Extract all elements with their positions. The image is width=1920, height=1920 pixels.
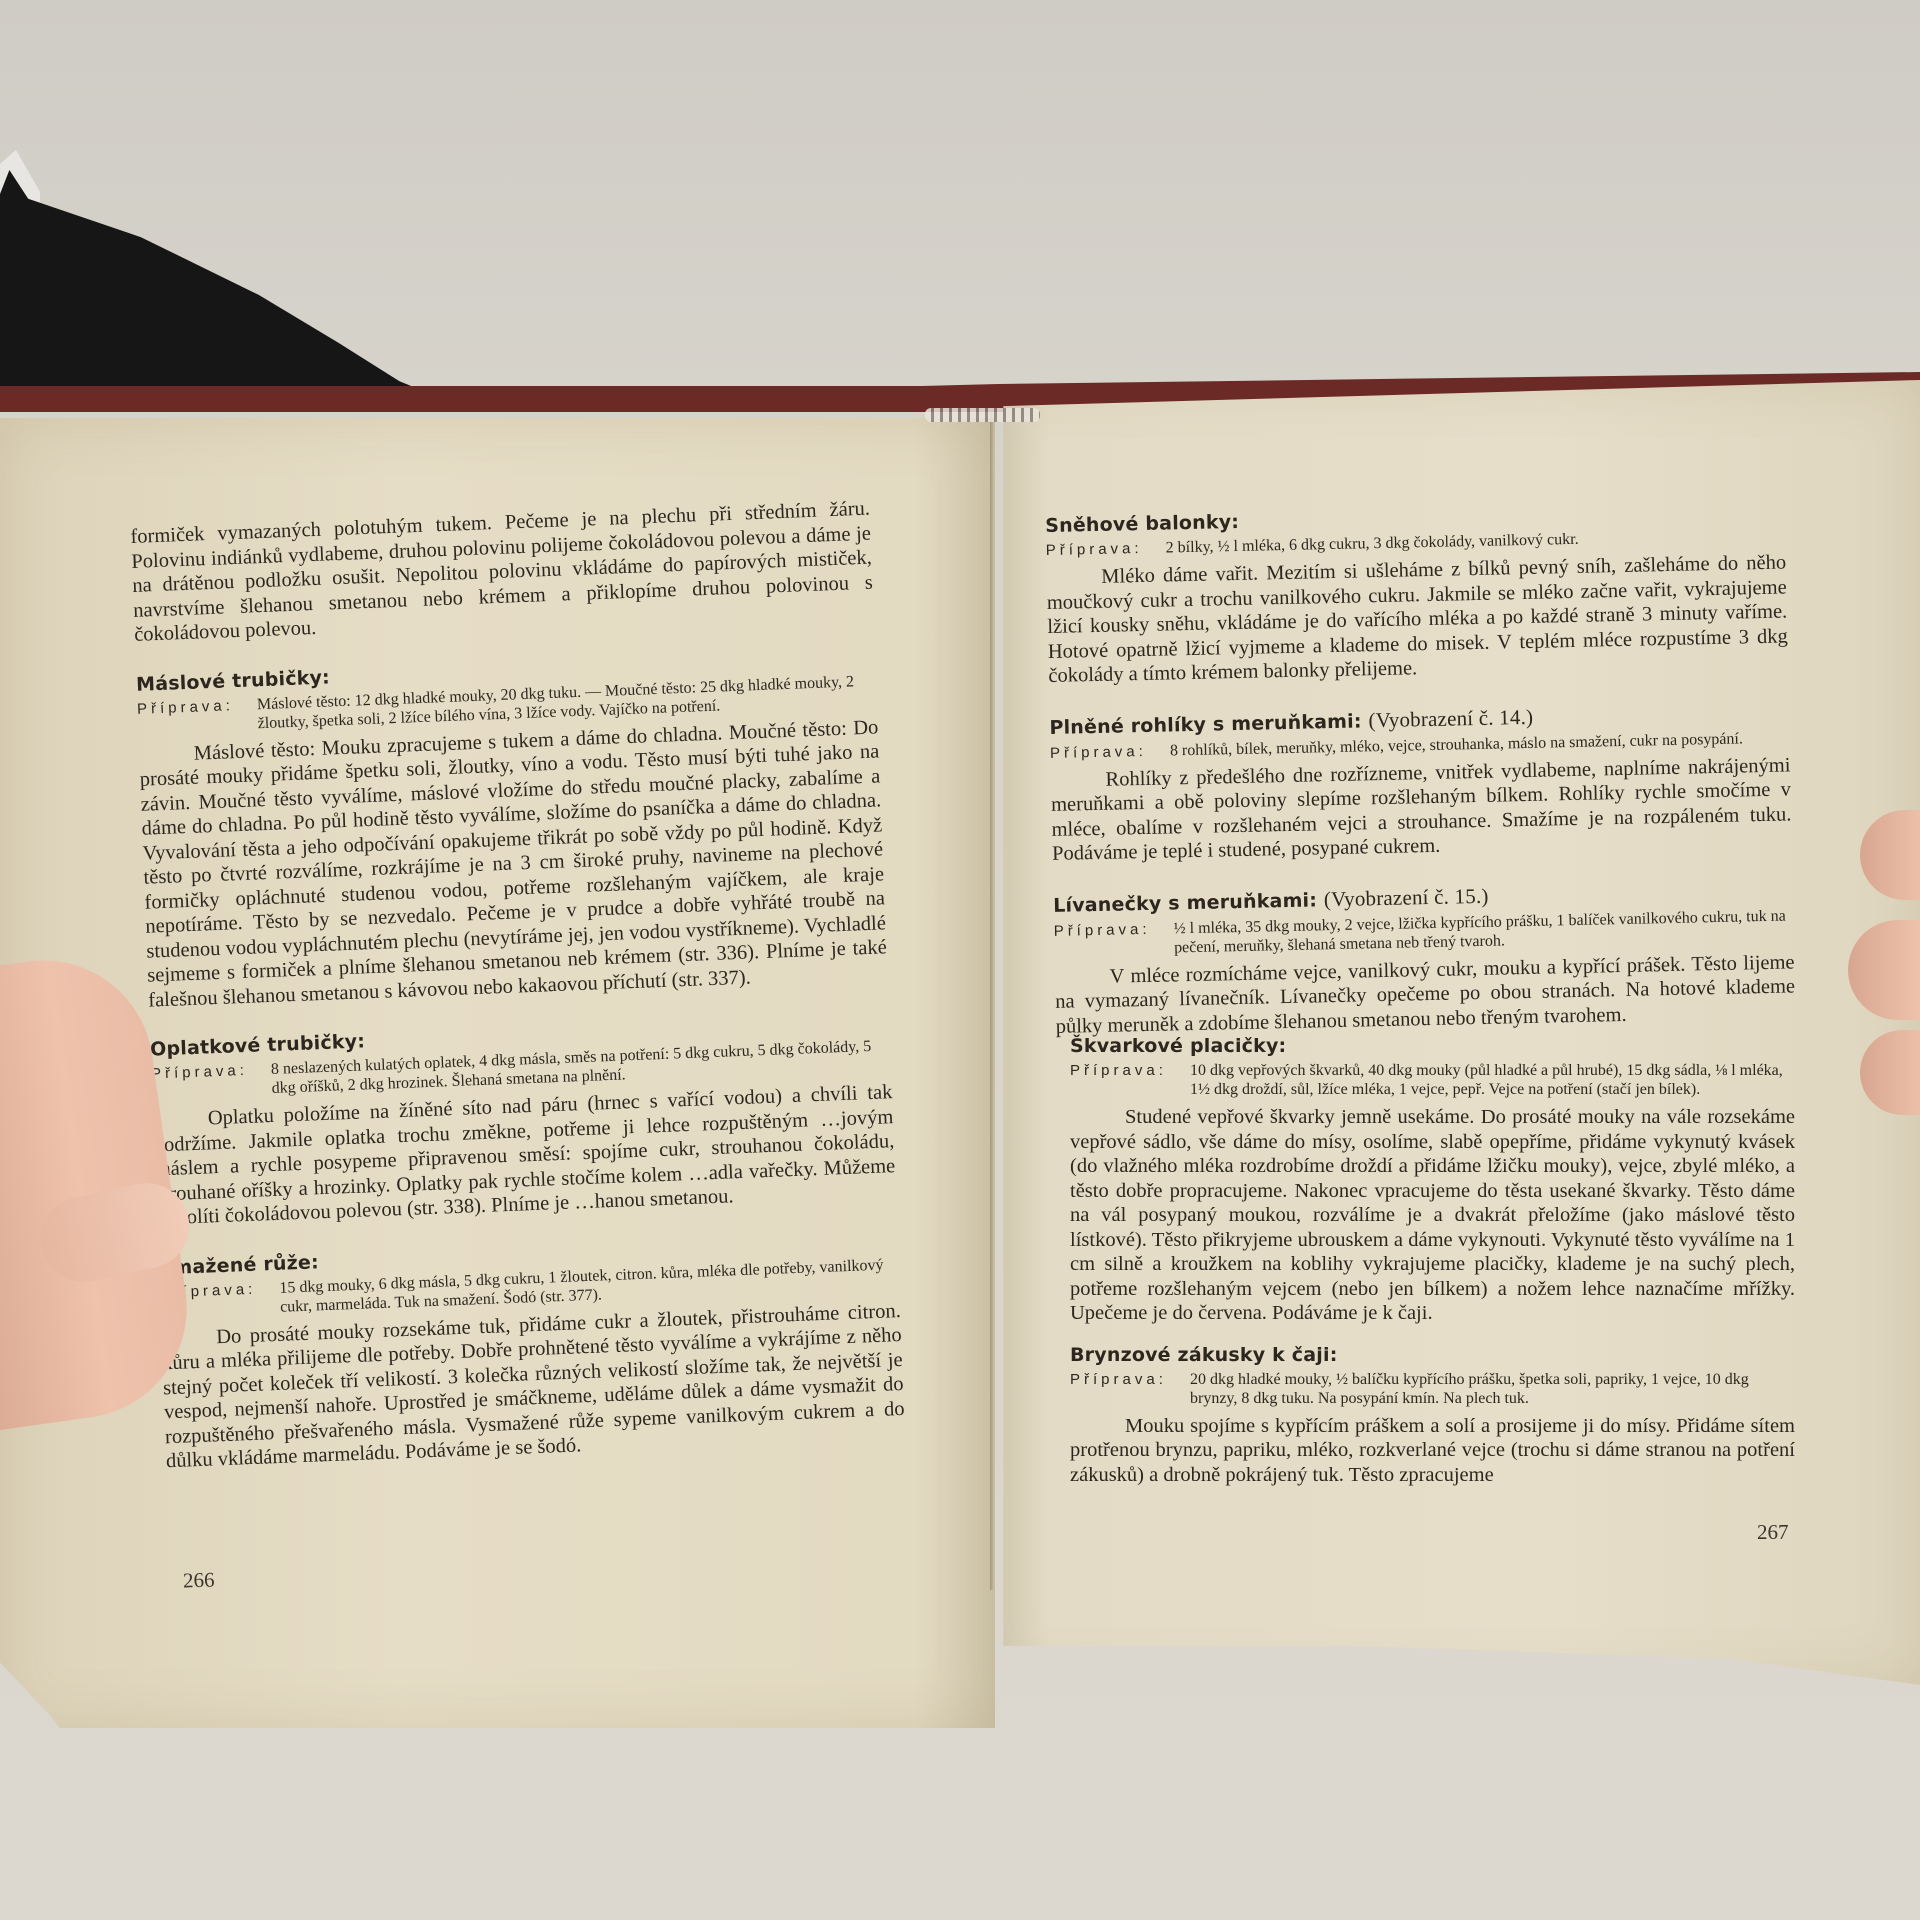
recipe-livanecky: Lívanečky s meruňkami: (Vyobrazení č. 15… — [1053, 877, 1796, 1039]
recipe-oplatkove-trubicky: Oplatkové trubičky: Příprava: 8 neslazen… — [150, 1010, 897, 1231]
figure-reference: (Vyobrazení č. 14.) — [1368, 704, 1533, 731]
prep-label: Příprava: — [1050, 741, 1170, 763]
recipe-brynzove-zakusky: Brynzové zákusky k čaji: Příprava: 20 dk… — [1070, 1344, 1795, 1488]
prep-text: 10 dkg vepřových škvarků, 40 dkg mouky (… — [1190, 1061, 1795, 1099]
figure-reference: (Vyobrazení č. 15.) — [1324, 883, 1489, 910]
prep-label: Příprava: — [137, 695, 258, 738]
prep-label: Příprava: — [1054, 919, 1175, 960]
right-page-text-lower: Škvarkové placičky: Příprava: 10 dkg vep… — [1070, 1035, 1795, 1487]
recipe-title: Lívanečky s meruňkami: — [1053, 889, 1317, 917]
left-page-text: formiček vymazaných polotuhým tukem. Peč… — [130, 497, 906, 1474]
spine-binding-thread — [925, 408, 1040, 422]
prep-label: Příprava: — [1070, 1370, 1190, 1408]
recipe-title: Brynzové zákusky k čaji: — [1070, 1344, 1795, 1366]
recipe-smazene-ruze: Smažené růže: Příprava: 15 dkg mouky, 6 … — [158, 1229, 906, 1474]
recipe-body: Oplatku položíme na žíněné síto nad páru… — [152, 1080, 896, 1231]
recipe-title: Plněné rohlíky s meruňkami: — [1049, 710, 1362, 739]
prep-text: ½ l mléka, 35 dkg mouky, 2 vejce, lžička… — [1173, 906, 1794, 957]
prep-label: Příprava: — [1046, 538, 1166, 560]
recipe-snehove-balonky: Sněhové balonky: Příprava: 2 bílky, ½ l … — [1045, 500, 1788, 689]
recipe-title: Škvarkové placičky: — [1070, 1035, 1795, 1057]
right-page-text-upper: Sněhové balonky: Příprava: 2 bílky, ½ l … — [1045, 500, 1796, 1039]
recipe-body: Máslové těsto: Mouku zpracujeme s tukem … — [138, 715, 888, 1013]
page-number-right: 267 — [1757, 1520, 1789, 1545]
recipe-body: Do prosáté mouky rozsekáme tuk, přidáme … — [161, 1299, 906, 1474]
prep-label: Příprava: — [1070, 1061, 1190, 1099]
prep-label: Příprava: — [151, 1060, 272, 1103]
recipe-body: V mléce rozmícháme vejce, vanilkový cukr… — [1054, 950, 1795, 1039]
recipe-ingredients: Příprava: 20 dkg hladké mouky, ½ balíčku… — [1070, 1370, 1795, 1408]
prep-text: 20 dkg hladké mouky, ½ balíčku kypřícího… — [1190, 1370, 1795, 1408]
recipe-maslove-trubicky: Máslové trubičky: Příprava: Máslové těst… — [136, 645, 888, 1013]
recipe-body: Rohlíky z předešlého dne rozřízneme, vni… — [1050, 753, 1792, 866]
recipe-skvarkove-placicky: Škvarkové placičky: Příprava: 10 dkg vep… — [1070, 1035, 1795, 1326]
recipe-body: Mouku spojíme s kypřícím práškem a solí … — [1070, 1414, 1795, 1488]
recipe-ingredients: Příprava: 10 dkg vepřových škvarků, 40 d… — [1070, 1061, 1795, 1099]
page-number-left: 266 — [183, 1567, 215, 1593]
recipe-body: Studené vepřové škvarky jemně usekáme. D… — [1070, 1105, 1795, 1326]
recipe-plnene-rohliky: Plněné rohlíky s meruňkami: (Vyobrazení … — [1049, 699, 1792, 866]
book-gutter — [990, 410, 994, 1590]
recipe-body: Mléko dáme vařit. Mezitím si ušleháme z … — [1046, 550, 1788, 688]
